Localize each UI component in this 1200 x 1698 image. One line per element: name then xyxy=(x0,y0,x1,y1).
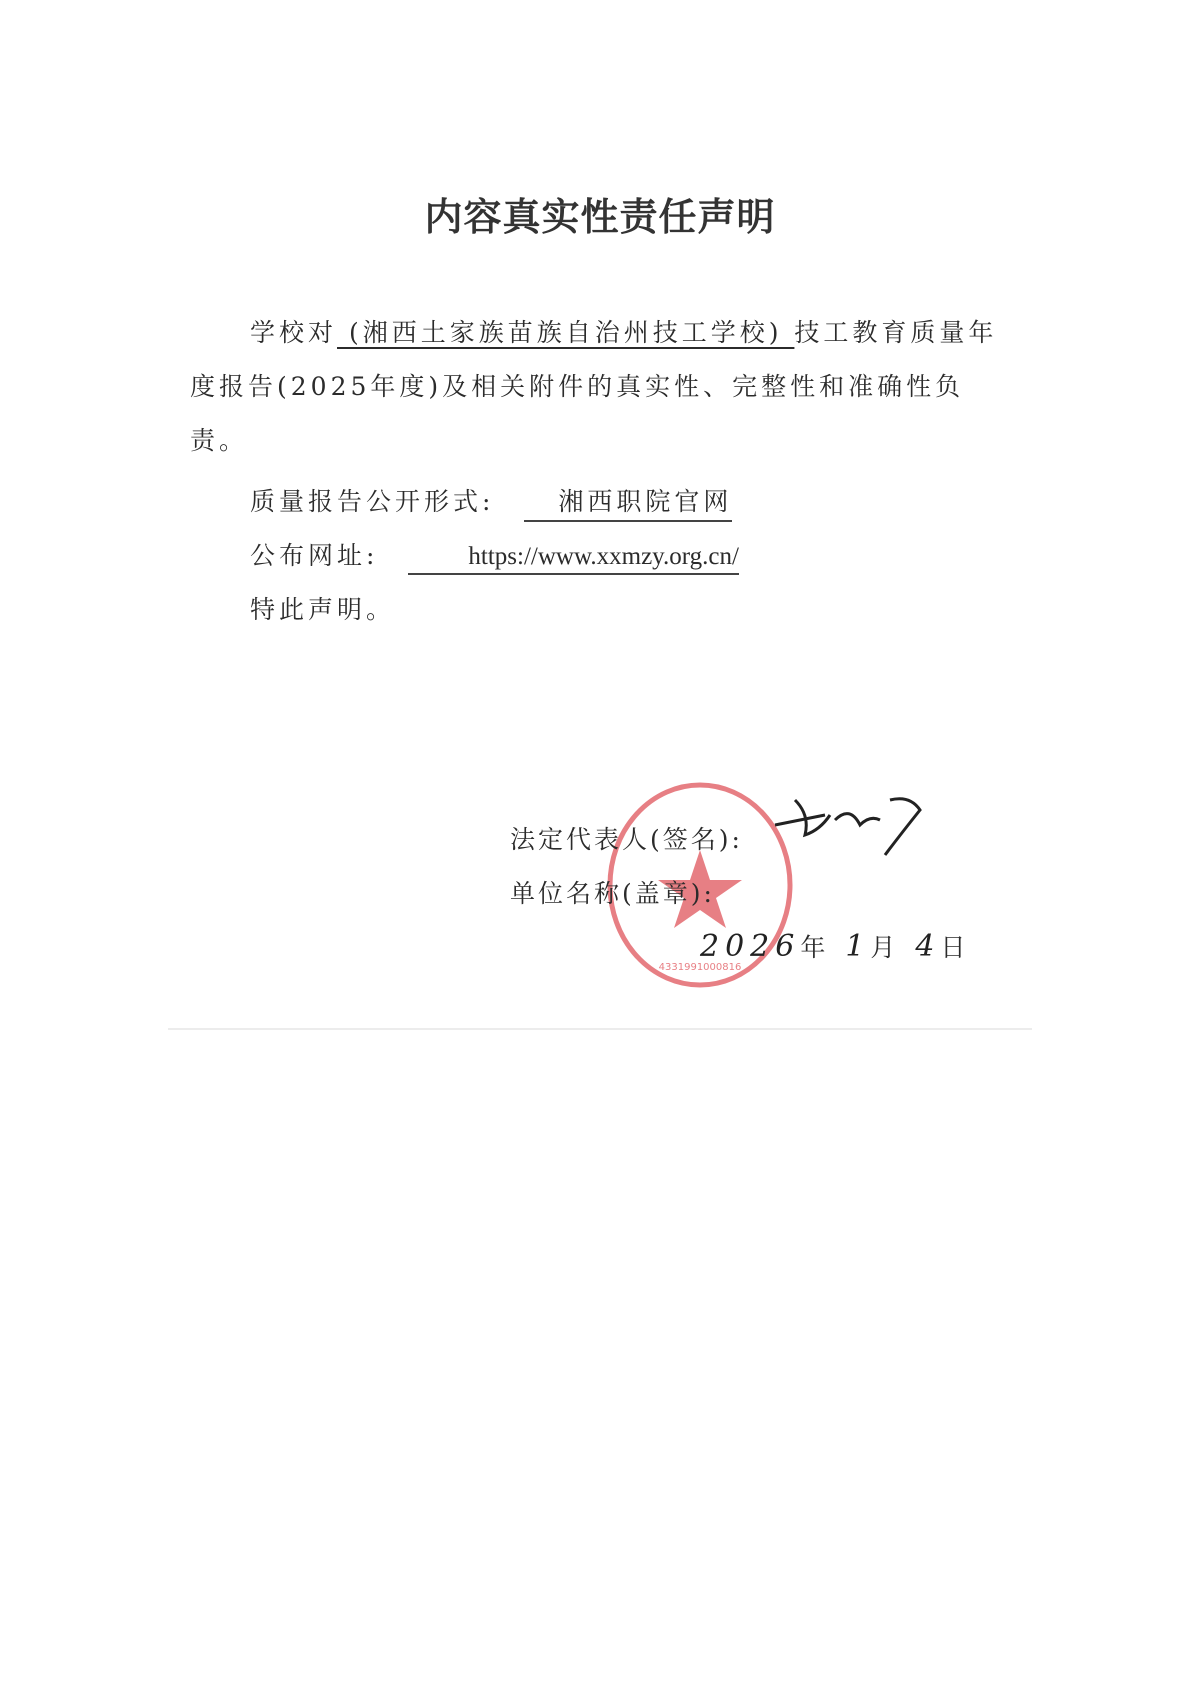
unit-label: 单位名称(盖章): xyxy=(510,874,715,910)
date-month: 1 xyxy=(845,929,870,964)
date-year: 2026 xyxy=(700,929,800,964)
publish-form-label: 质量报告公开形式: xyxy=(250,487,494,516)
date-month-unit: 月 xyxy=(870,933,901,962)
date-day-unit: 日 xyxy=(940,933,971,962)
paragraph-prefix: 学校对 xyxy=(250,318,337,347)
publish-form-line: 质量报告公开形式: 湘西职院官网 xyxy=(250,482,732,522)
publish-url-value: https://www.xxmzy.org.cn/ xyxy=(408,543,739,575)
publish-url-line: 公布网址: https://www.xxmzy.org.cn/ xyxy=(250,536,739,575)
declaration-paragraph: 学校对 (湘西土家族苗族自治州技工学校) 技工教育质量年度报告(2025年度)及… xyxy=(190,306,1010,468)
handwritten-signature xyxy=(770,785,940,865)
school-name: (湘西土家族苗族自治州技工学校) xyxy=(337,318,794,347)
legal-rep-label: 法定代表人(签名): xyxy=(510,820,743,856)
scan-artifact-line xyxy=(168,1028,1032,1030)
date-day: 4 xyxy=(915,929,940,964)
publish-url-label: 公布网址: xyxy=(250,541,378,570)
publish-form-value: 湘西职院官网 xyxy=(524,482,732,522)
signature-date: 2026年 1月 4日 xyxy=(700,928,972,964)
document-title: 内容真实性责任声明 xyxy=(0,186,1200,241)
date-year-unit: 年 xyxy=(800,933,831,962)
closing-statement: 特此声明。 xyxy=(250,590,395,626)
